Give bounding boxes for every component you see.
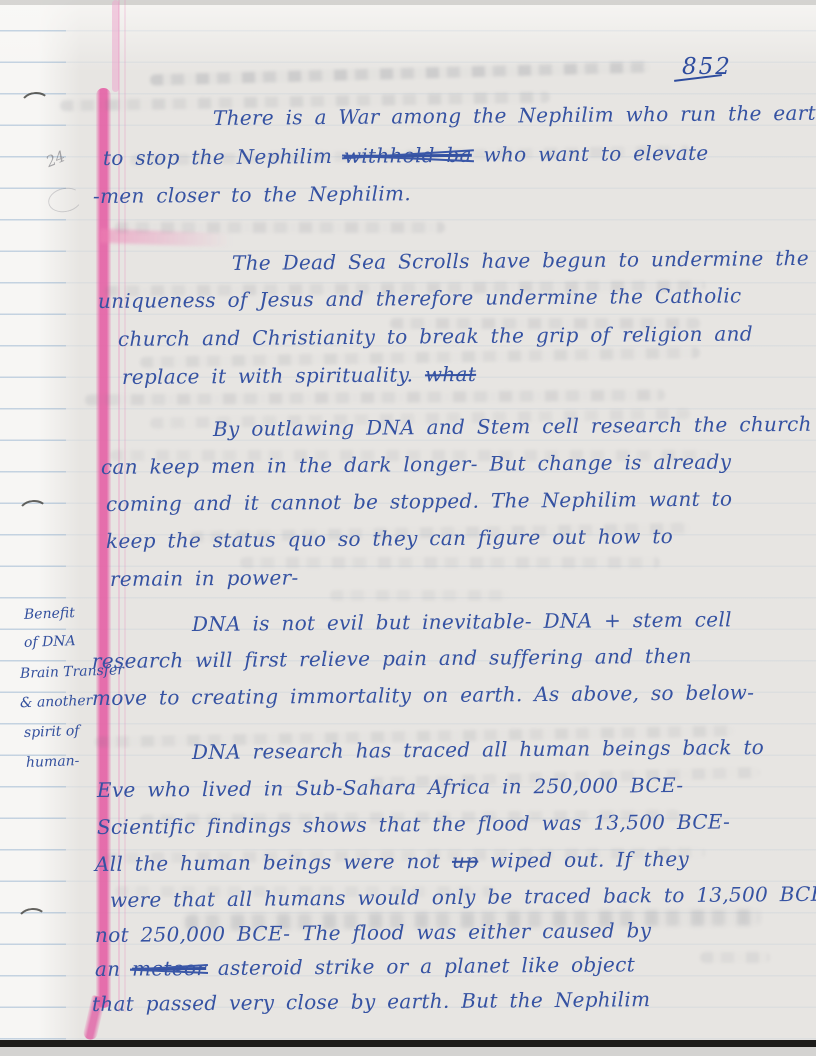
crossed-out-text: meteor xyxy=(132,956,206,981)
scan-bottom-strip xyxy=(0,1047,816,1056)
line-text: asteroid strike or a planet like object xyxy=(206,952,635,980)
margin-note-line: human- xyxy=(26,753,80,771)
handwritten-line: not 250,000 BCE- The flood was either ca… xyxy=(95,918,652,947)
line-text: who want to elevate xyxy=(472,141,709,167)
line-text: an xyxy=(95,957,132,981)
bleed-through-smudge xyxy=(115,222,445,233)
line-text: All the human beings were not xyxy=(95,849,452,876)
margin-note-line: & another xyxy=(20,693,93,712)
handwritten-line: DNA research has traced all human beings… xyxy=(192,735,764,764)
handwritten-line: that passed very close by earth. But the… xyxy=(92,987,651,1016)
handwritten-line: The Dead Sea Scrolls have begun to under… xyxy=(232,246,809,275)
scanned-notebook-page: 24 852 There is a War among the Nephilim… xyxy=(0,0,816,1056)
crossed-out-text: up xyxy=(452,849,479,873)
margin-note-line: spirit of xyxy=(24,723,80,741)
bleed-through-smudge xyxy=(330,590,510,601)
crossed-out-text: what xyxy=(425,362,476,386)
handwritten-line: replace it with spirituality. what xyxy=(122,362,476,389)
bleed-through-smudge xyxy=(240,557,660,568)
line-text: replace it with spirituality. xyxy=(122,362,425,389)
handwritten-line: keep the status quo so they can figure o… xyxy=(106,524,673,553)
handwritten-line: remain in power- xyxy=(110,565,299,591)
page-number: 852 xyxy=(682,54,732,80)
handwritten-line: Eve who lived in Sub-Sahara Africa in 25… xyxy=(97,773,684,802)
margin-note-line: Benefit xyxy=(24,605,75,623)
handwritten-line: an meteor asteroid strike or a planet li… xyxy=(95,952,635,981)
handwritten-line: -men closer to the Nephilim. xyxy=(93,181,411,208)
bleed-through-smudge xyxy=(700,952,770,963)
line-text: wiped out. If they xyxy=(478,847,689,873)
handwritten-line: DNA is not evil but inevitable- DNA + st… xyxy=(192,607,732,636)
scan-bottom-line xyxy=(0,1040,816,1047)
line-text: to stop the Nephilim xyxy=(103,144,344,170)
margin-note-line: of DNA xyxy=(24,633,76,651)
crossed-out-text: withhold ba xyxy=(344,143,472,168)
